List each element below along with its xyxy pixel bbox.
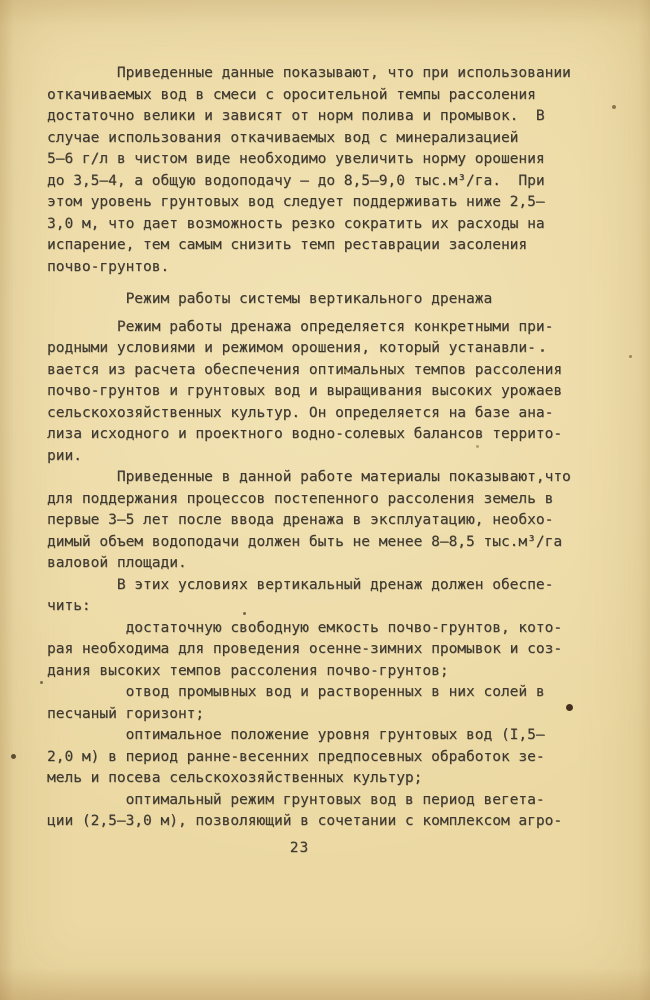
text-line: откачиваемых вод в смеси с оросительной … — [47, 85, 587, 107]
text-line: первые 3—5 лет после ввода дренажа в экс… — [47, 510, 587, 532]
ink-speck — [476, 445, 479, 448]
text-line: оптимальное положение уровня грунтовых в… — [47, 725, 587, 747]
text-line: валовой площади. — [47, 553, 587, 575]
text-line: 5—6 г/л в чистом виде необходимо увеличи… — [47, 149, 587, 171]
text-line: достаточно велики и зависят от норм поли… — [47, 106, 587, 128]
text-line: для поддержания процессов постепенного р… — [47, 489, 587, 511]
text-line: В этих условиях вертикальный дренаж долж… — [47, 575, 587, 597]
text-line: до 3,5—4, а общую водоподачу — до 8,5—9,… — [47, 171, 587, 193]
text-line: Приведенные данные показывают, что при и… — [47, 63, 587, 85]
ink-speck — [566, 704, 573, 711]
text-line: этом уровень грунтовых вод следует подде… — [47, 192, 587, 214]
text-line: мель и посева сельскохозяйственных культ… — [47, 768, 587, 790]
ink-speck — [629, 355, 632, 358]
text-line: оптимальный режим грунтовых вод в период… — [47, 790, 587, 812]
text-line: чить: — [47, 596, 587, 618]
text-line: 3,0 м, что дает возможность резко сократ… — [47, 214, 587, 236]
text-line: почво-грунтов и грунтовых вод и выращива… — [47, 381, 587, 403]
section-heading: Режим работы системы вертикального дрена… — [47, 289, 587, 311]
text-line: дания высоких темпов рассоления почво-гр… — [47, 661, 587, 683]
text-line: сельскохозяйственных культур. Он определ… — [47, 403, 587, 425]
text-line: рии. — [47, 446, 587, 468]
ink-speck — [344, 369, 348, 373]
text-line: случае использования откачиваемых вод с … — [47, 128, 587, 150]
text-line: димый объем водоподачи должен быть не ме… — [47, 532, 587, 554]
text-line: 2,0 м) в период ранне-весенних предпосев… — [47, 747, 587, 769]
text-line: Режим работы дренажа определяется конкре… — [47, 317, 587, 339]
text-line: родными условиями и режимом орошения, ко… — [47, 338, 587, 360]
text-line: рая необходима для проведения осенне-зим… — [47, 639, 587, 661]
text-line: Приведенные в данной работе материалы по… — [47, 467, 587, 489]
text-line: отвод промывных вод и растворенных в них… — [47, 682, 587, 704]
page-number: 23 — [47, 840, 552, 856]
ink-speck — [243, 612, 246, 615]
ink-speck — [612, 105, 616, 109]
text-line: песчаный горизонт; — [47, 704, 587, 726]
ink-speck — [40, 681, 43, 684]
text-line: испарение, тем самым снизить темп рестав… — [47, 235, 587, 257]
document-page: Приведенные данные показывают, что при и… — [0, 0, 650, 1000]
ink-speck — [541, 349, 544, 352]
text-block: Приведенные данные показывают, что при и… — [47, 63, 587, 833]
text-line: достаточную свободную емкость почво-грун… — [47, 618, 587, 640]
text-line: почво-грунтов. — [47, 257, 587, 279]
text-line: лиза исходного и проектного водно-солевы… — [47, 424, 587, 446]
text-line: вается из расчета обеспечения оптимальны… — [47, 360, 587, 382]
text-line: ции (2,5—3,0 м), позволяющий в сочетании… — [47, 811, 587, 833]
ink-speck — [11, 754, 16, 759]
